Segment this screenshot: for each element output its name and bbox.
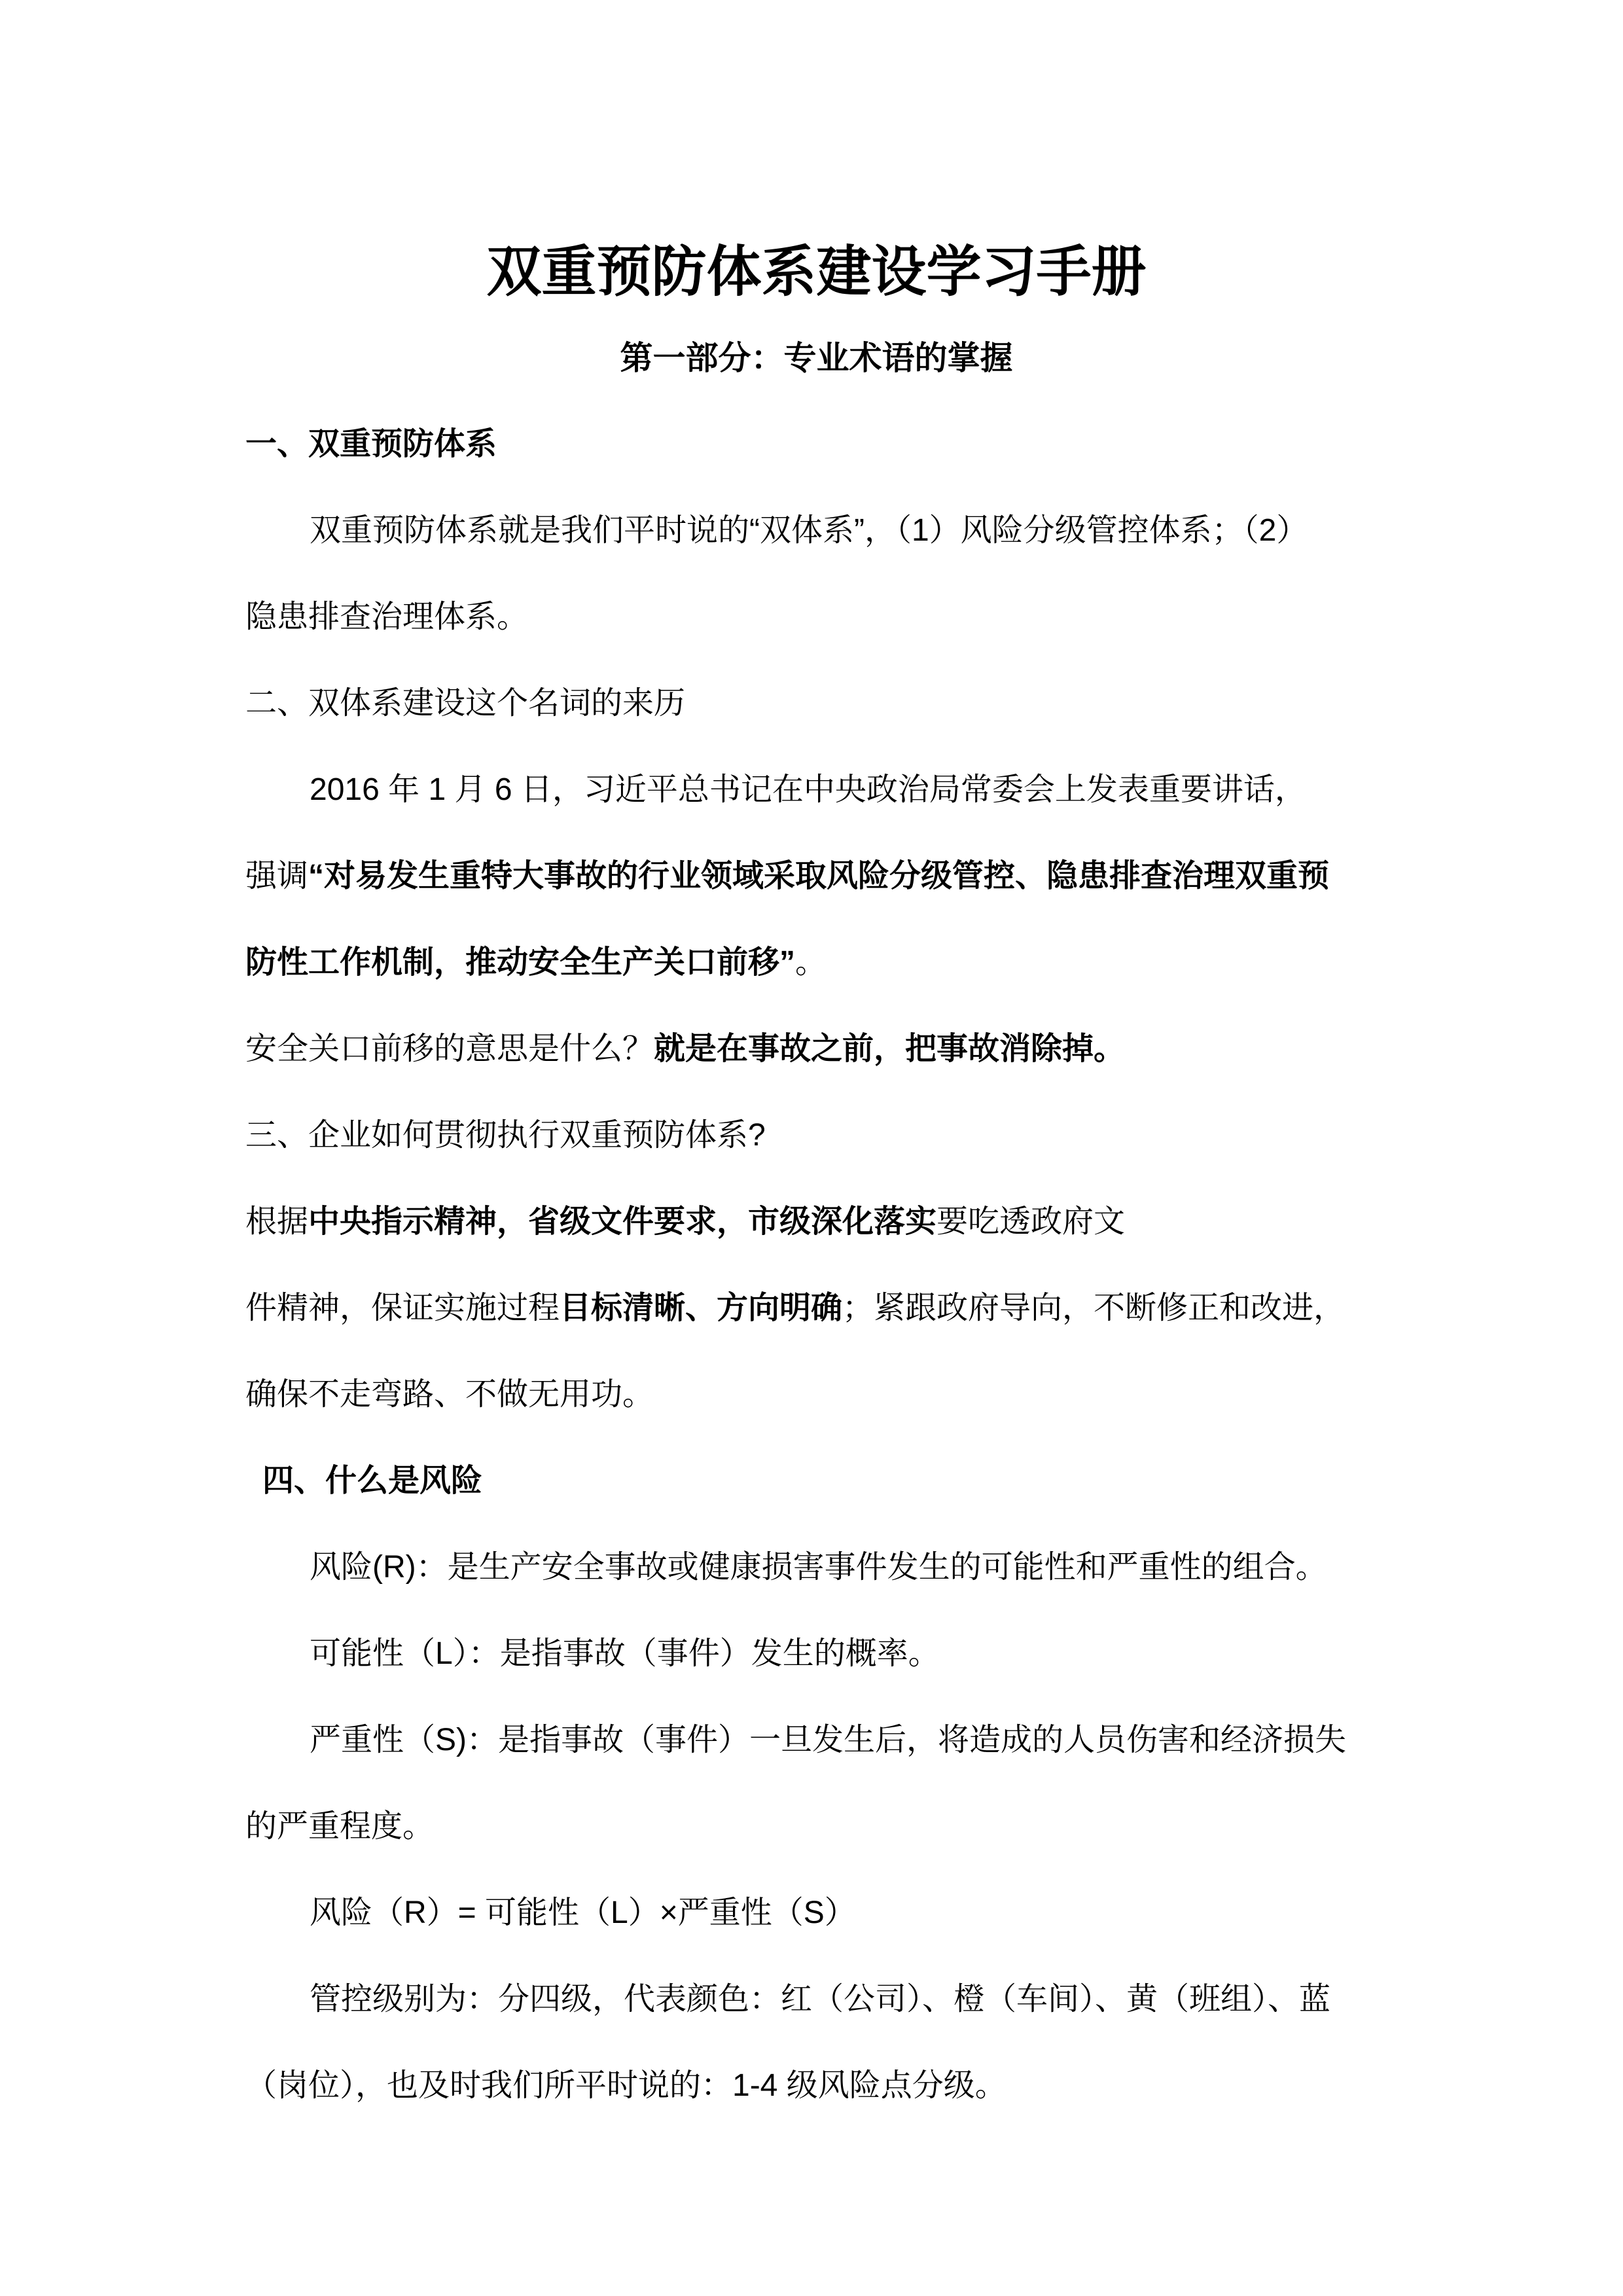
text-run: 隐患排查治理体系。 (245, 600, 528, 634)
section-heading: 四、什么是风险 (245, 1438, 1387, 1524)
document-page-content: 双重预防体系建设学习手册第一部分：专业术语的掌握一、双重预防体系双重预防体系就是… (245, 228, 1387, 2129)
text-run: 防性工作机制，推动安全生产关口前移” (245, 945, 795, 980)
text-run: 根据 (245, 1204, 308, 1239)
section-heading: 三、企业如何贯彻执行双重预防体系? (245, 1092, 1387, 1179)
paragraph-line: 管控级别为：分四级，代表颜色：红（公司）、橙（车间）、黄（班组）、蓝 (245, 1956, 1387, 2043)
text-run: 双重预防体系建设学习手册 (486, 241, 1146, 302)
text-run: 安全关口前移的意思是什么？ (245, 1031, 654, 1066)
text-run: 风险（R）= 可能性（L）×严重性（S） (310, 1895, 856, 1930)
text-run: 严重性（S)：是指事故（事件）一旦发生后，将造成的人员伤害和经济损失 (310, 1723, 1346, 1757)
paragraph-line: 风险(R)：是生产安全事故或健康损害事件发生的可能性和严重性的组合。 (245, 1524, 1387, 1611)
paragraph-line: 可能性（L）：是指事故（事件）发生的概率。 (245, 1611, 1387, 1697)
paragraph-line: 风险（R）= 可能性（L）×严重性（S） (245, 1870, 1387, 1956)
text-run: 一、双重预防体系 (245, 427, 497, 461)
paragraph-line: 件精神，保证实施过程目标清晰、方向明确；紧跟政府导向，不断修正和改进， (245, 1265, 1387, 1352)
text-run: 就是在事故之前，把事故消除掉。 (654, 1031, 1125, 1066)
text-run: 2016 年 1 月 6 日，习近平总书记在中央政治局常委会上发表重要讲话， (310, 772, 1306, 807)
text-run: 可能性（L）：是指事故（事件）发生的概率。 (310, 1636, 940, 1671)
section-heading: 一、双重预防体系 (245, 401, 1387, 488)
text-run: 二、双体系建设这个名词的来历 (245, 686, 685, 721)
document-subtitle: 第一部分：专业术语的掌握 (245, 315, 1387, 401)
section-heading: 二、双体系建设这个名词的来历 (245, 660, 1387, 747)
text-run: “对易发生重特大事故的行业领域采取风险分级管控、隐患排查治理双重预 (308, 859, 1329, 893)
text-run: ；紧跟政府导向，不断修正和改进， (842, 1291, 1345, 1325)
paragraph-line: 防性工作机制，推动安全生产关口前移”。 (245, 920, 1387, 1006)
paragraph-line: 根据中央指示精神，省级文件要求，市级深化落实要吃透政府文 (245, 1179, 1387, 1265)
document-page: 双重预防体系建设学习手册第一部分：专业术语的掌握一、双重预防体系双重预防体系就是… (0, 0, 1623, 2296)
paragraph-line: 确保不走弯路、不做无用功。 (245, 1352, 1387, 1438)
text-run: （岗位），也及时我们所平时说的：1-4 级风险点分级。 (245, 2068, 1007, 2103)
text-run: 确保不走弯路、不做无用功。 (245, 1377, 654, 1412)
paragraph-line: 隐患排查治理体系。 (245, 574, 1387, 660)
text-run: 双重预防体系就是我们平时说的“双体系”，（1）风险分级管控体系；（2） (310, 513, 1308, 548)
paragraph-line: （岗位），也及时我们所平时说的：1-4 级风险点分级。 (245, 2043, 1387, 2129)
document-title: 双重预防体系建设学习手册 (245, 228, 1387, 315)
text-run: 要吃透政府文 (936, 1204, 1125, 1239)
text-run: 风险(R)：是生产安全事故或健康损害事件发生的可能性和严重性的组合。 (310, 1550, 1327, 1585)
paragraph-line: 强调“对易发生重特大事故的行业领域采取风险分级管控、隐患排查治理双重预 (245, 833, 1387, 920)
text-run: 。 (795, 945, 827, 980)
paragraph-line: 2016 年 1 月 6 日，习近平总书记在中央政治局常委会上发表重要讲话， (245, 747, 1387, 833)
text-run: 中央指示精神，省级文件要求，市级深化落实 (308, 1204, 936, 1239)
text-run: 管控级别为：分四级，代表颜色：红（公司）、橙（车间）、黄（班组）、蓝 (310, 1982, 1330, 2017)
paragraph-line: 的严重程度。 (245, 1784, 1387, 1870)
text-run: 四、什么是风险 (262, 1463, 482, 1498)
paragraph-line: 严重性（S)：是指事故（事件）一旦发生后，将造成的人员伤害和经济损失 (245, 1697, 1387, 1784)
text-run: 件精神，保证实施过程 (245, 1291, 560, 1325)
text-run: 第一部分：专业术语的掌握 (620, 340, 1013, 376)
paragraph-line: 双重预防体系就是我们平时说的“双体系”，（1）风险分级管控体系；（2） (245, 488, 1387, 574)
text-run: 强调 (245, 859, 308, 893)
text-run: 的严重程度。 (245, 1809, 434, 1844)
text-run: 目标清晰、方向明确 (560, 1291, 842, 1325)
text-run: 三、企业如何贯彻执行双重预防体系? (245, 1118, 766, 1153)
paragraph-line: 安全关口前移的意思是什么？就是在事故之前，把事故消除掉。 (245, 1006, 1387, 1092)
